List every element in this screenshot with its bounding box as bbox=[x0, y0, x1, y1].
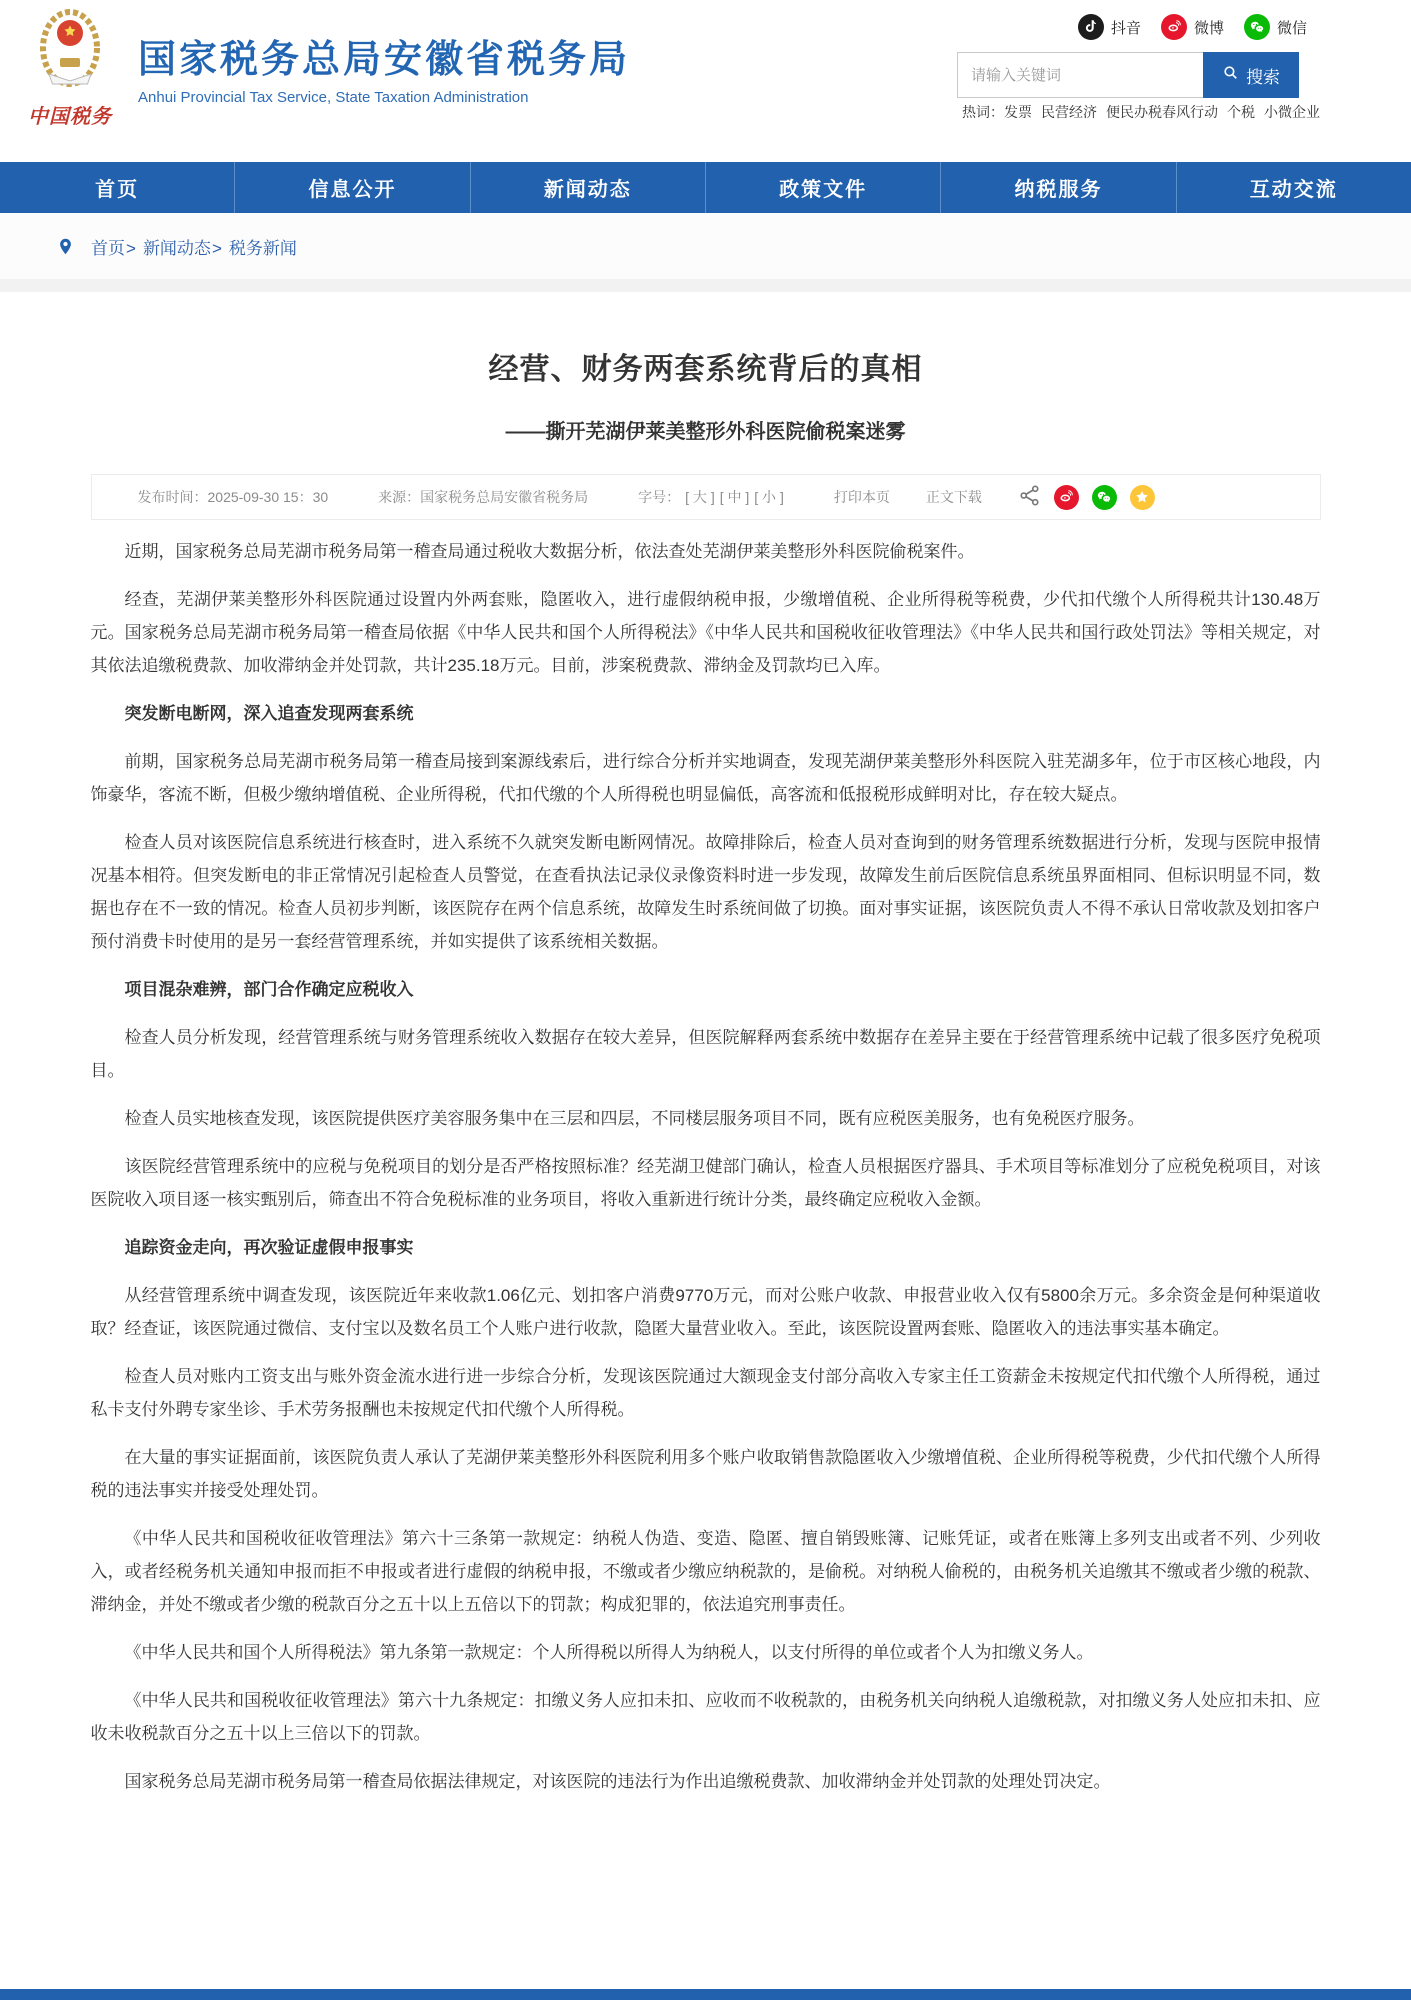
social-label: 微博 bbox=[1194, 17, 1224, 38]
hotword-link[interactable]: 便民办税春风行动 bbox=[1106, 104, 1218, 120]
search-button[interactable]: 搜索 bbox=[1203, 52, 1299, 98]
wechat-link[interactable]: 微信 bbox=[1244, 14, 1307, 40]
fontsize-option[interactable]: [ 大 ] bbox=[685, 489, 715, 505]
nav-item-6[interactable]: 互动交流 bbox=[1176, 162, 1411, 213]
search-icon bbox=[1222, 64, 1239, 86]
breadcrumb-item-3[interactable]: 税务新闻 bbox=[229, 239, 297, 258]
hotword-link[interactable]: 个税 bbox=[1227, 104, 1255, 120]
breadcrumb-separator: > bbox=[212, 239, 222, 258]
article-paragraph: 国家税务总局芜湖市税务局第一稽查局依据法律规定，对该医院的违法行为作出追缴税费款… bbox=[91, 1765, 1321, 1798]
hotword-link[interactable]: 民营经济 bbox=[1041, 104, 1097, 120]
share-share-button[interactable] bbox=[1018, 484, 1041, 510]
weibo-icon bbox=[1054, 485, 1079, 510]
article-source: 来源：国家税务总局安徽省税务局 bbox=[378, 487, 588, 507]
article-body: 近期，国家税务总局芜湖市税务局第一稽查局通过税收大数据分析，依法查处芜湖伊莱美整… bbox=[91, 535, 1321, 1798]
section-heading: 追踪资金走向，再次验证虚假申报事实 bbox=[91, 1231, 1321, 1264]
article-paragraph: 检查人员分析发现，经营管理系统与财务管理系统收入数据存在较大差异，但医院解释两套… bbox=[91, 1021, 1321, 1087]
wechat-icon bbox=[1092, 485, 1117, 510]
article-title: 经营、财务两套系统背后的真相 bbox=[91, 344, 1321, 388]
qzone-share-button[interactable] bbox=[1130, 485, 1155, 510]
site-header: 中国税务 国家税务总局安徽省税务局 Anhui Provincial Tax S… bbox=[0, 0, 1411, 162]
nav-item-5[interactable]: 纳税服务 bbox=[940, 162, 1175, 213]
site-title-block: 国家税务总局安徽省税务局 Anhui Provincial Tax Servic… bbox=[138, 28, 630, 106]
footer-strip bbox=[0, 1989, 1411, 2000]
location-pin-icon bbox=[56, 237, 75, 256]
hotwords-label: 热词： bbox=[962, 104, 1004, 120]
article-meta-bar: 发布时间：2025-09-30 15：30 来源：国家税务总局安徽省税务局 字号… bbox=[91, 474, 1321, 520]
share-icons-row bbox=[1018, 484, 1155, 510]
article-paragraph: 近期，国家税务总局芜湖市税务局第一稽查局通过税收大数据分析，依法查处芜湖伊莱美整… bbox=[91, 535, 1321, 568]
fontsize-control: 字号：[ 大 ][ 中 ][ 小 ] bbox=[638, 487, 784, 507]
article-paragraph: 从经营管理系统中调查发现，该医院近年来收款1.06亿元、划扣客户消费9770万元… bbox=[91, 1279, 1321, 1345]
breadcrumb-item-2[interactable]: 新闻动态 bbox=[143, 239, 211, 258]
tax-emblem-icon bbox=[38, 81, 102, 98]
article-paragraph: 前期，国家税务总局芜湖市税务局第一稽查局接到案源线索后，进行综合分析并实地调查，… bbox=[91, 745, 1321, 811]
site-logo[interactable]: 中国税务 bbox=[22, 8, 118, 129]
nav-item-3[interactable]: 新闻动态 bbox=[470, 162, 705, 213]
divider-band bbox=[0, 279, 1411, 292]
social-label: 微信 bbox=[1277, 17, 1307, 38]
hotword-link[interactable]: 小微企业 bbox=[1264, 104, 1320, 120]
breadcrumb-item-1[interactable]: 首页 bbox=[91, 239, 125, 258]
weibo-icon bbox=[1161, 14, 1187, 40]
site-title: 国家税务总局安徽省税务局 bbox=[138, 28, 630, 83]
share-icon bbox=[1018, 484, 1041, 510]
breadcrumb: 首页>新闻动态>税务新闻 bbox=[0, 213, 1411, 279]
wechat-icon bbox=[1244, 14, 1270, 40]
nav-item-1[interactable]: 首页 bbox=[0, 162, 234, 213]
search-input[interactable] bbox=[957, 52, 1203, 98]
fontsize-option[interactable]: [ 小 ] bbox=[754, 489, 784, 505]
weibo-link[interactable]: 微博 bbox=[1161, 14, 1224, 40]
download-button[interactable]: 正文下载 bbox=[926, 487, 982, 507]
section-heading: 项目混杂难辨，部门合作确定应税收入 bbox=[91, 973, 1321, 1006]
wechat-share-button[interactable] bbox=[1092, 485, 1117, 510]
article: 经营、财务两套系统背后的真相 ——撕开芜湖伊莱美整形外科医院偷税案迷雾 发布时间… bbox=[91, 292, 1321, 1798]
qzone-icon bbox=[1130, 485, 1155, 510]
search-button-label: 搜索 bbox=[1246, 63, 1280, 88]
search-bar: 搜索 bbox=[957, 52, 1299, 98]
hotwords-row: 热词：发票民营经济便民办税春风行动个税小微企业 bbox=[962, 102, 1329, 122]
fontsize-option[interactable]: [ 中 ] bbox=[720, 489, 750, 505]
social-links-row: 抖音微博微信 bbox=[1078, 14, 1307, 40]
site-subtitle-english: Anhui Provincial Tax Service, State Taxa… bbox=[138, 89, 630, 106]
douyin-icon bbox=[1078, 14, 1104, 40]
main-nav: 首页信息公开新闻动态政策文件纳税服务互动交流 bbox=[0, 162, 1411, 213]
breadcrumb-separator: > bbox=[126, 239, 136, 258]
article-paragraph: 在大量的事实证据面前，该医院负责人承认了芜湖伊莱美整形外科医院利用多个账户收取销… bbox=[91, 1441, 1321, 1507]
hotword-link[interactable]: 发票 bbox=[1004, 104, 1032, 120]
logo-caption: 中国税务 bbox=[22, 100, 118, 129]
article-paragraph: 《中华人民共和国税收征收管理法》第六十九条规定：扣缴义务人应扣未扣、应收而不收税… bbox=[91, 1684, 1321, 1750]
article-paragraph: 检查人员对该医院信息系统进行核查时，进入系统不久就突发断电断网情况。故障排除后，… bbox=[91, 826, 1321, 958]
article-paragraph: 《中华人民共和国税收征收管理法》第六十三条第一款规定：纳税人伪造、变造、隐匿、擅… bbox=[91, 1522, 1321, 1621]
publish-time: 发布时间：2025-09-30 15：30 bbox=[138, 487, 329, 507]
social-label: 抖音 bbox=[1111, 17, 1141, 38]
douyin-link[interactable]: 抖音 bbox=[1078, 14, 1141, 40]
article-paragraph: 检查人员实地核查发现，该医院提供医疗美容服务集中在三层和四层，不同楼层服务项目不… bbox=[91, 1102, 1321, 1135]
nav-item-2[interactable]: 信息公开 bbox=[234, 162, 469, 213]
nav-item-4[interactable]: 政策文件 bbox=[705, 162, 940, 213]
page: 中国税务 国家税务总局安徽省税务局 Anhui Provincial Tax S… bbox=[0, 0, 1411, 2000]
article-subtitle: ——撕开芜湖伊莱美整形外科医院偷税案迷雾 bbox=[91, 415, 1321, 444]
section-heading: 突发断电断网，深入追查发现两套系统 bbox=[91, 697, 1321, 730]
print-button[interactable]: 打印本页 bbox=[834, 487, 890, 507]
article-paragraph: 经查，芜湖伊莱美整形外科医院通过设置内外两套账，隐匿收入，进行虚假纳税申报，少缴… bbox=[91, 583, 1321, 682]
article-paragraph: 该医院经营管理系统中的应税与免税项目的划分是否严格按照标准？经芜湖卫健部门确认，… bbox=[91, 1150, 1321, 1216]
weibo-share-button[interactable] bbox=[1054, 485, 1079, 510]
article-paragraph: 检查人员对账内工资支出与账外资金流水进行进一步综合分析，发现该医院通过大额现金支… bbox=[91, 1360, 1321, 1426]
article-paragraph: 《中华人民共和国个人所得税法》第九条第一款规定：个人所得税以所得人为纳税人，以支… bbox=[91, 1636, 1321, 1669]
